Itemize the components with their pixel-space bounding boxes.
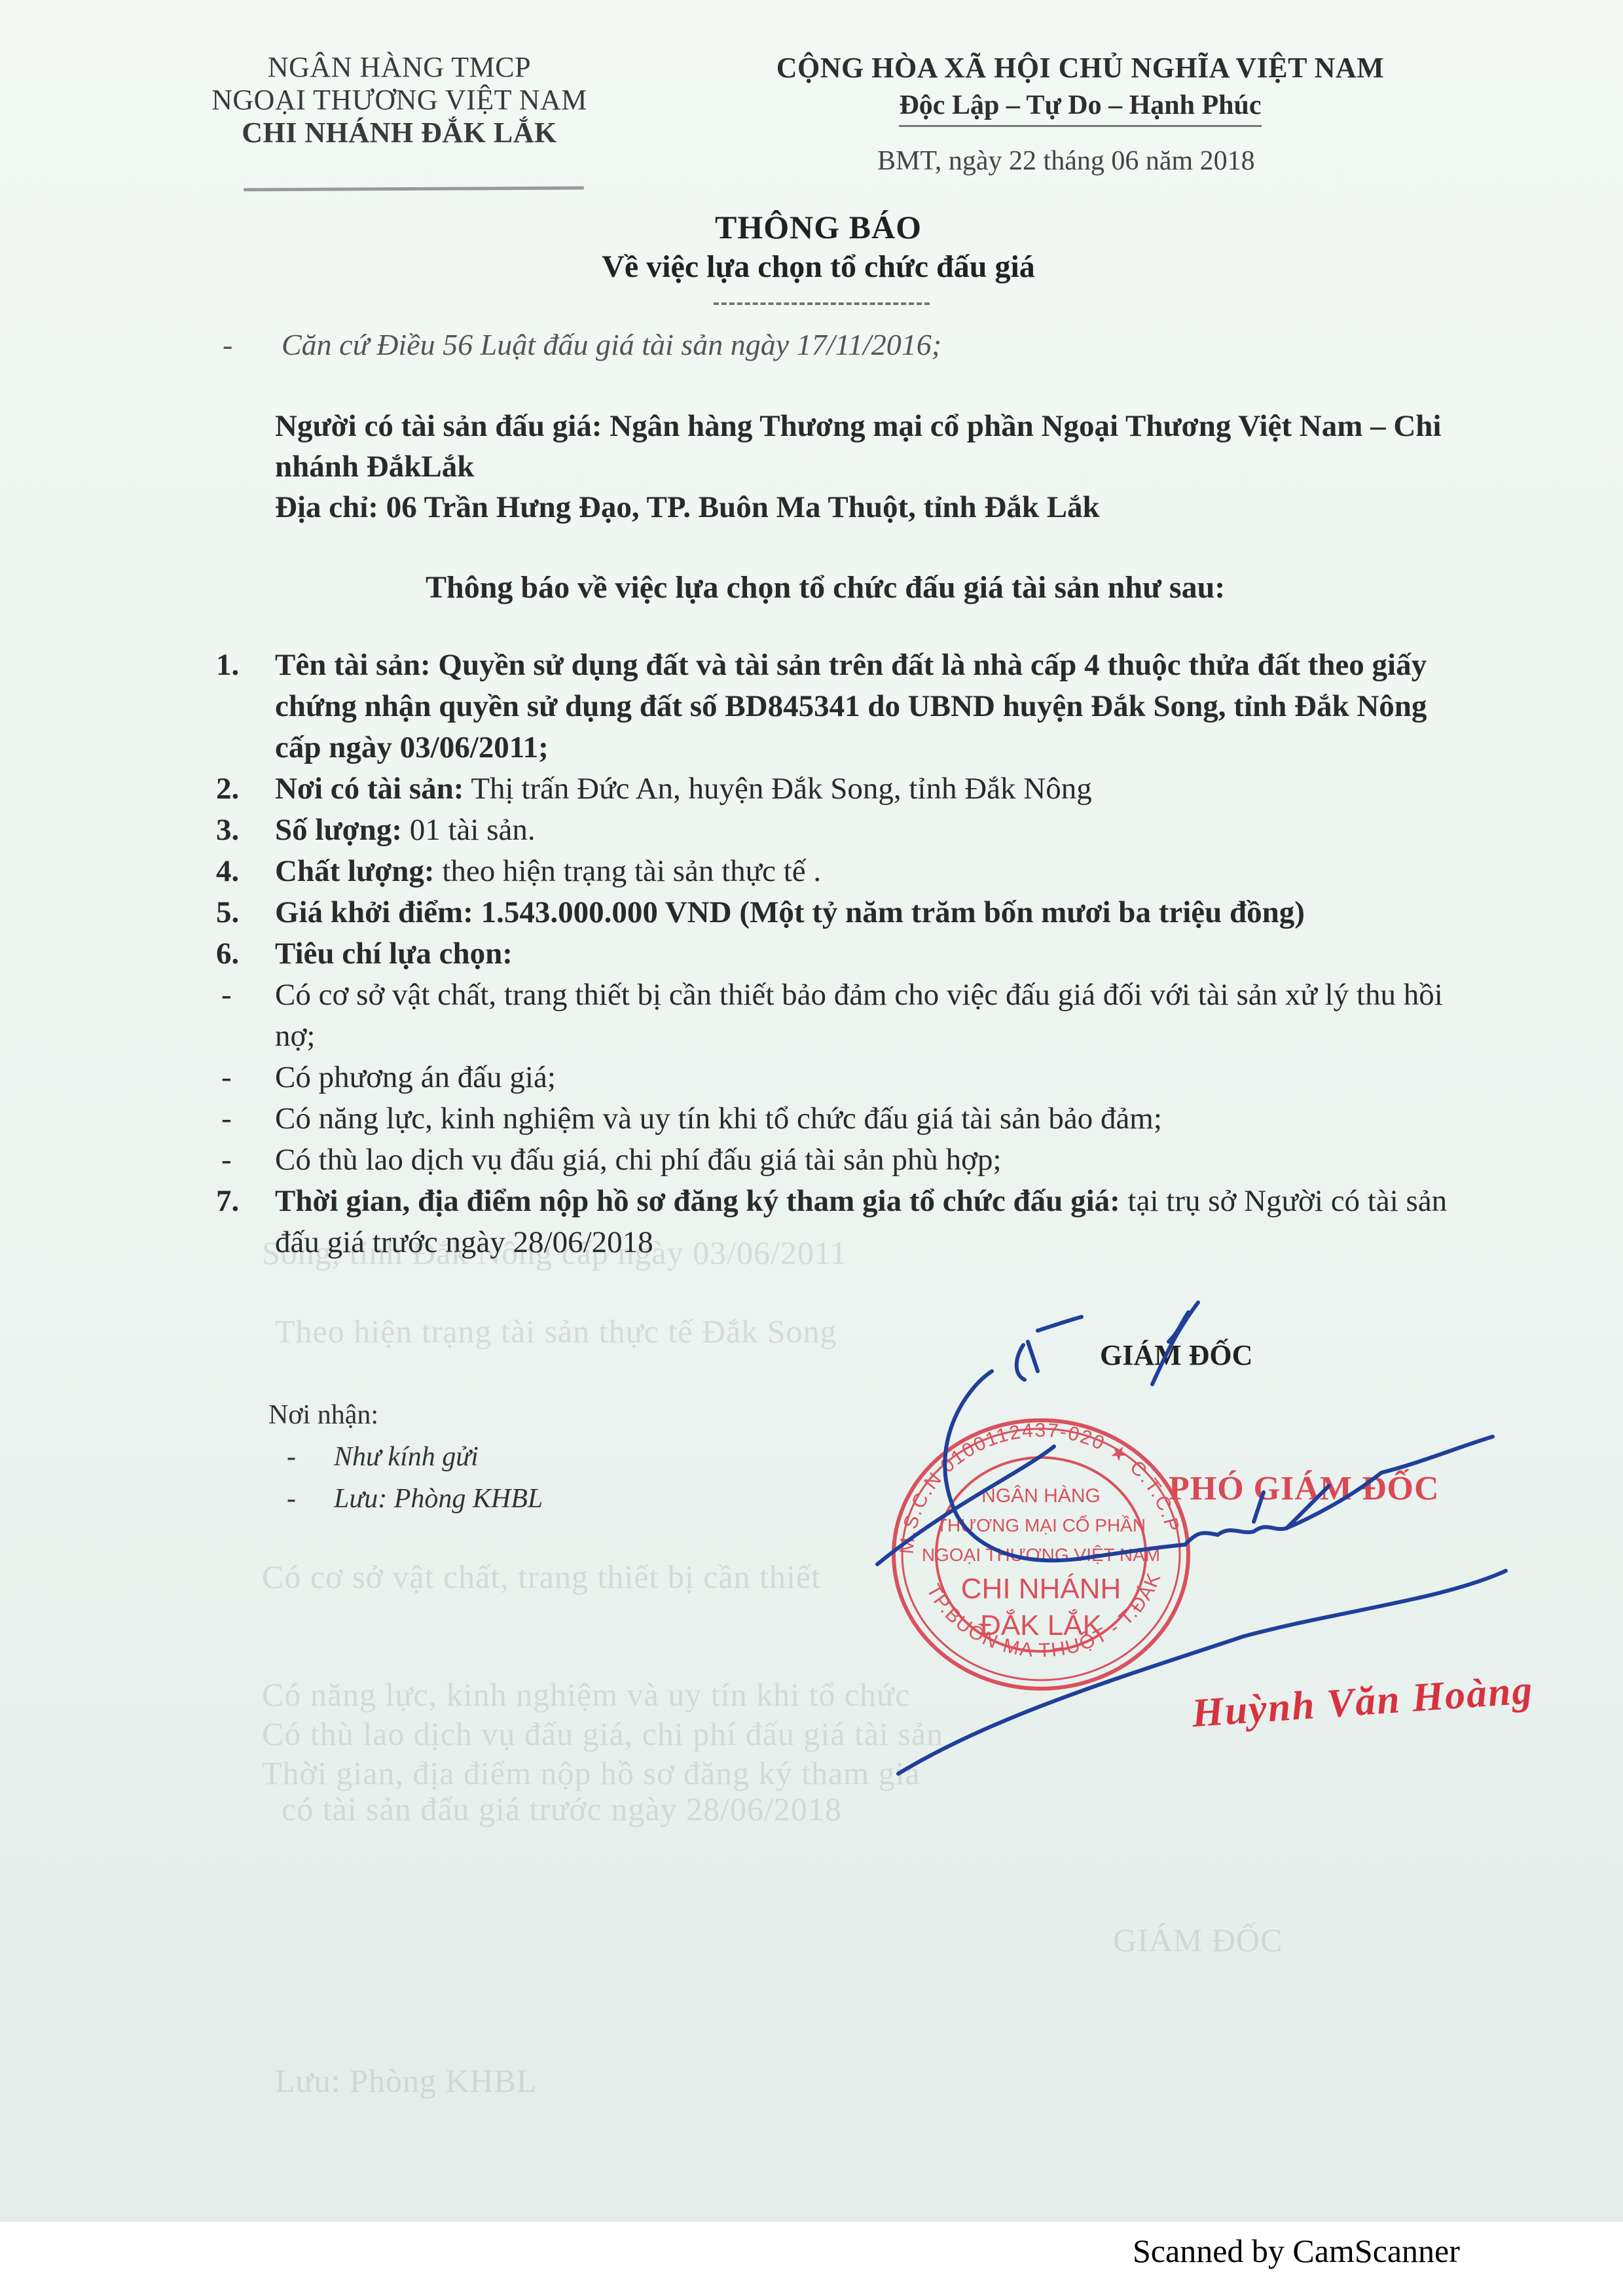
signer-name-stamp: Huỳnh Văn Hoàng [1190, 1667, 1535, 1737]
svg-text:THƯƠNG MẠI CỔ PHẦN: THƯƠNG MẠI CỔ PHẦN [936, 1515, 1146, 1535]
national-motto: Độc Lập – Tự Do – Hạnh Phúc [899, 90, 1261, 127]
scanned-document-page: Song, tỉnh Đắk Nông cấp ngày 03/06/2011 … [0, 0, 1623, 2222]
recipients-heading: Nơi nhận: [268, 1394, 543, 1436]
criterion: -Có cơ sở vật chất, trang thiết bị cần t… [216, 975, 1480, 1057]
criterion: -Có năng lực, kinh nghiệm và uy tín khi … [216, 1098, 1480, 1139]
title-separator [714, 302, 930, 305]
recipient-item: -Lưu: Phòng KHBL [268, 1478, 543, 1520]
bleed-through-text: Có năng lực, kinh nghiệm và uy tín khi t… [262, 1676, 910, 1713]
deputy-director-stamp: PHÓ GIÁM ĐỐC [1169, 1469, 1440, 1508]
item-quality: 4.Chất lượng: theo hiện trạng tài sản th… [216, 851, 1480, 892]
place-and-date: BMT, ngày 22 tháng 06 năm 2018 [877, 145, 1255, 177]
bleed-through-text: Lưu: Phòng KHBL [275, 2062, 537, 2100]
notice-items: 1.Tên tài sản: Quyền sử dụng đất và tài … [216, 645, 1480, 1263]
svg-text:NGOẠI THƯƠNG VIỆT NAM: NGOẠI THƯƠNG VIỆT NAM [922, 1545, 1160, 1565]
svg-text:CHI NHÁNH: CHI NHÁNH [961, 1573, 1121, 1605]
company-seal-stamp-icon: M.S.C.N:0100112437-020 ★ C.T.C.P TP.BUÔN… [864, 1414, 1218, 1695]
asset-owner: Người có tài sản đấu giá: Ngân hàng Thươ… [275, 406, 1467, 487]
notice-intro: Thông báo về việc lựa chọn tổ chức đấu g… [426, 569, 1225, 605]
document-subtitle: Về việc lựa chọn tổ chức đấu giá [458, 249, 1178, 285]
item-selection-criteria: 6.Tiêu chí lựa chọn: [216, 933, 1480, 975]
bleed-through-text: có tài sản đấu giá trước ngày 28/06/2018 [282, 1790, 842, 1828]
recipient-item: -Như kính gửi [268, 1436, 543, 1478]
camscanner-watermark: Scanned by CamScanner [1133, 2232, 1460, 2270]
item-starting-price: 5.Giá khởi điểm: 1.543.000.000 VND (Một … [216, 892, 1480, 933]
svg-text:NGÂN HÀNG: NGÂN HÀNG [981, 1485, 1101, 1507]
document-title: THÔNG BÁO [458, 208, 1178, 246]
legal-basis: -Căn cứ Điều 56 Luật đấu giá tài sản ngà… [223, 327, 941, 362]
item-quantity: 3.Số lượng: 01 tài sản. [216, 810, 1480, 851]
header-underline [244, 187, 584, 192]
criterion: -Có phương án đấu giá; [216, 1057, 1480, 1098]
national-header: CỘNG HÒA XÃ HỘI CHỦ NGHĨA VIỆT NAM Độc L… [753, 51, 1408, 127]
item-asset-name: 1.Tên tài sản: Quyền sử dụng đất và tài … [216, 645, 1480, 768]
recipients-block: Nơi nhận: -Như kính gửi -Lưu: Phòng KHBL [268, 1394, 543, 1520]
country-name: CỘNG HÒA XÃ HỘI CHỦ NGHĨA VIỆT NAM [753, 51, 1408, 84]
criterion: -Có thù lao dịch vụ đấu giá, chi phí đấu… [216, 1139, 1480, 1181]
owner-address: Địa chỉ: 06 Trần Hưng Đạo, TP. Buôn Ma T… [275, 487, 1467, 528]
branch-name: CHI NHÁNH ĐẮK LẮK [196, 117, 602, 149]
asset-owner-block: Người có tài sản đấu giá: Ngân hàng Thươ… [275, 406, 1467, 528]
bank-header: NGÂN HÀNG TMCP NGOẠI THƯƠNG VIỆT NAM CHI… [196, 51, 602, 149]
bleed-through-text: Có cơ sở vật chất, trang thiết bị cần th… [262, 1558, 821, 1596]
svg-text:ĐẮK LẮK: ĐẮK LẮK [980, 1609, 1102, 1641]
legal-basis-text: Căn cứ Điều 56 Luật đấu giá tài sản ngày… [282, 328, 941, 361]
bank-name-line-1: NGÂN HÀNG TMCP [196, 51, 602, 84]
item-submission-deadline: 7.Thời gian, địa điểm nộp hồ sơ đăng ký … [216, 1181, 1480, 1263]
bleed-through-text: GIÁM ĐỐC [1113, 1921, 1283, 1959]
bullet-dash: - [223, 327, 282, 362]
director-title: GIÁM ĐỐC [1100, 1338, 1252, 1372]
item-asset-location: 2.Nơi có tài sản: Thị trấn Đức An, huyện… [216, 768, 1480, 810]
bleed-through-text: Thời gian, địa điểm nộp hồ sơ đăng ký th… [262, 1754, 921, 1792]
bleed-through-text: Theo hiện trạng tài sản thực tế Đắk Song [275, 1312, 837, 1350]
bank-name-line-2: NGOẠI THƯƠNG VIỆT NAM [196, 84, 602, 117]
bleed-through-text: Có thù lao dịch vụ đấu giá, chi phí đấu … [262, 1715, 943, 1753]
